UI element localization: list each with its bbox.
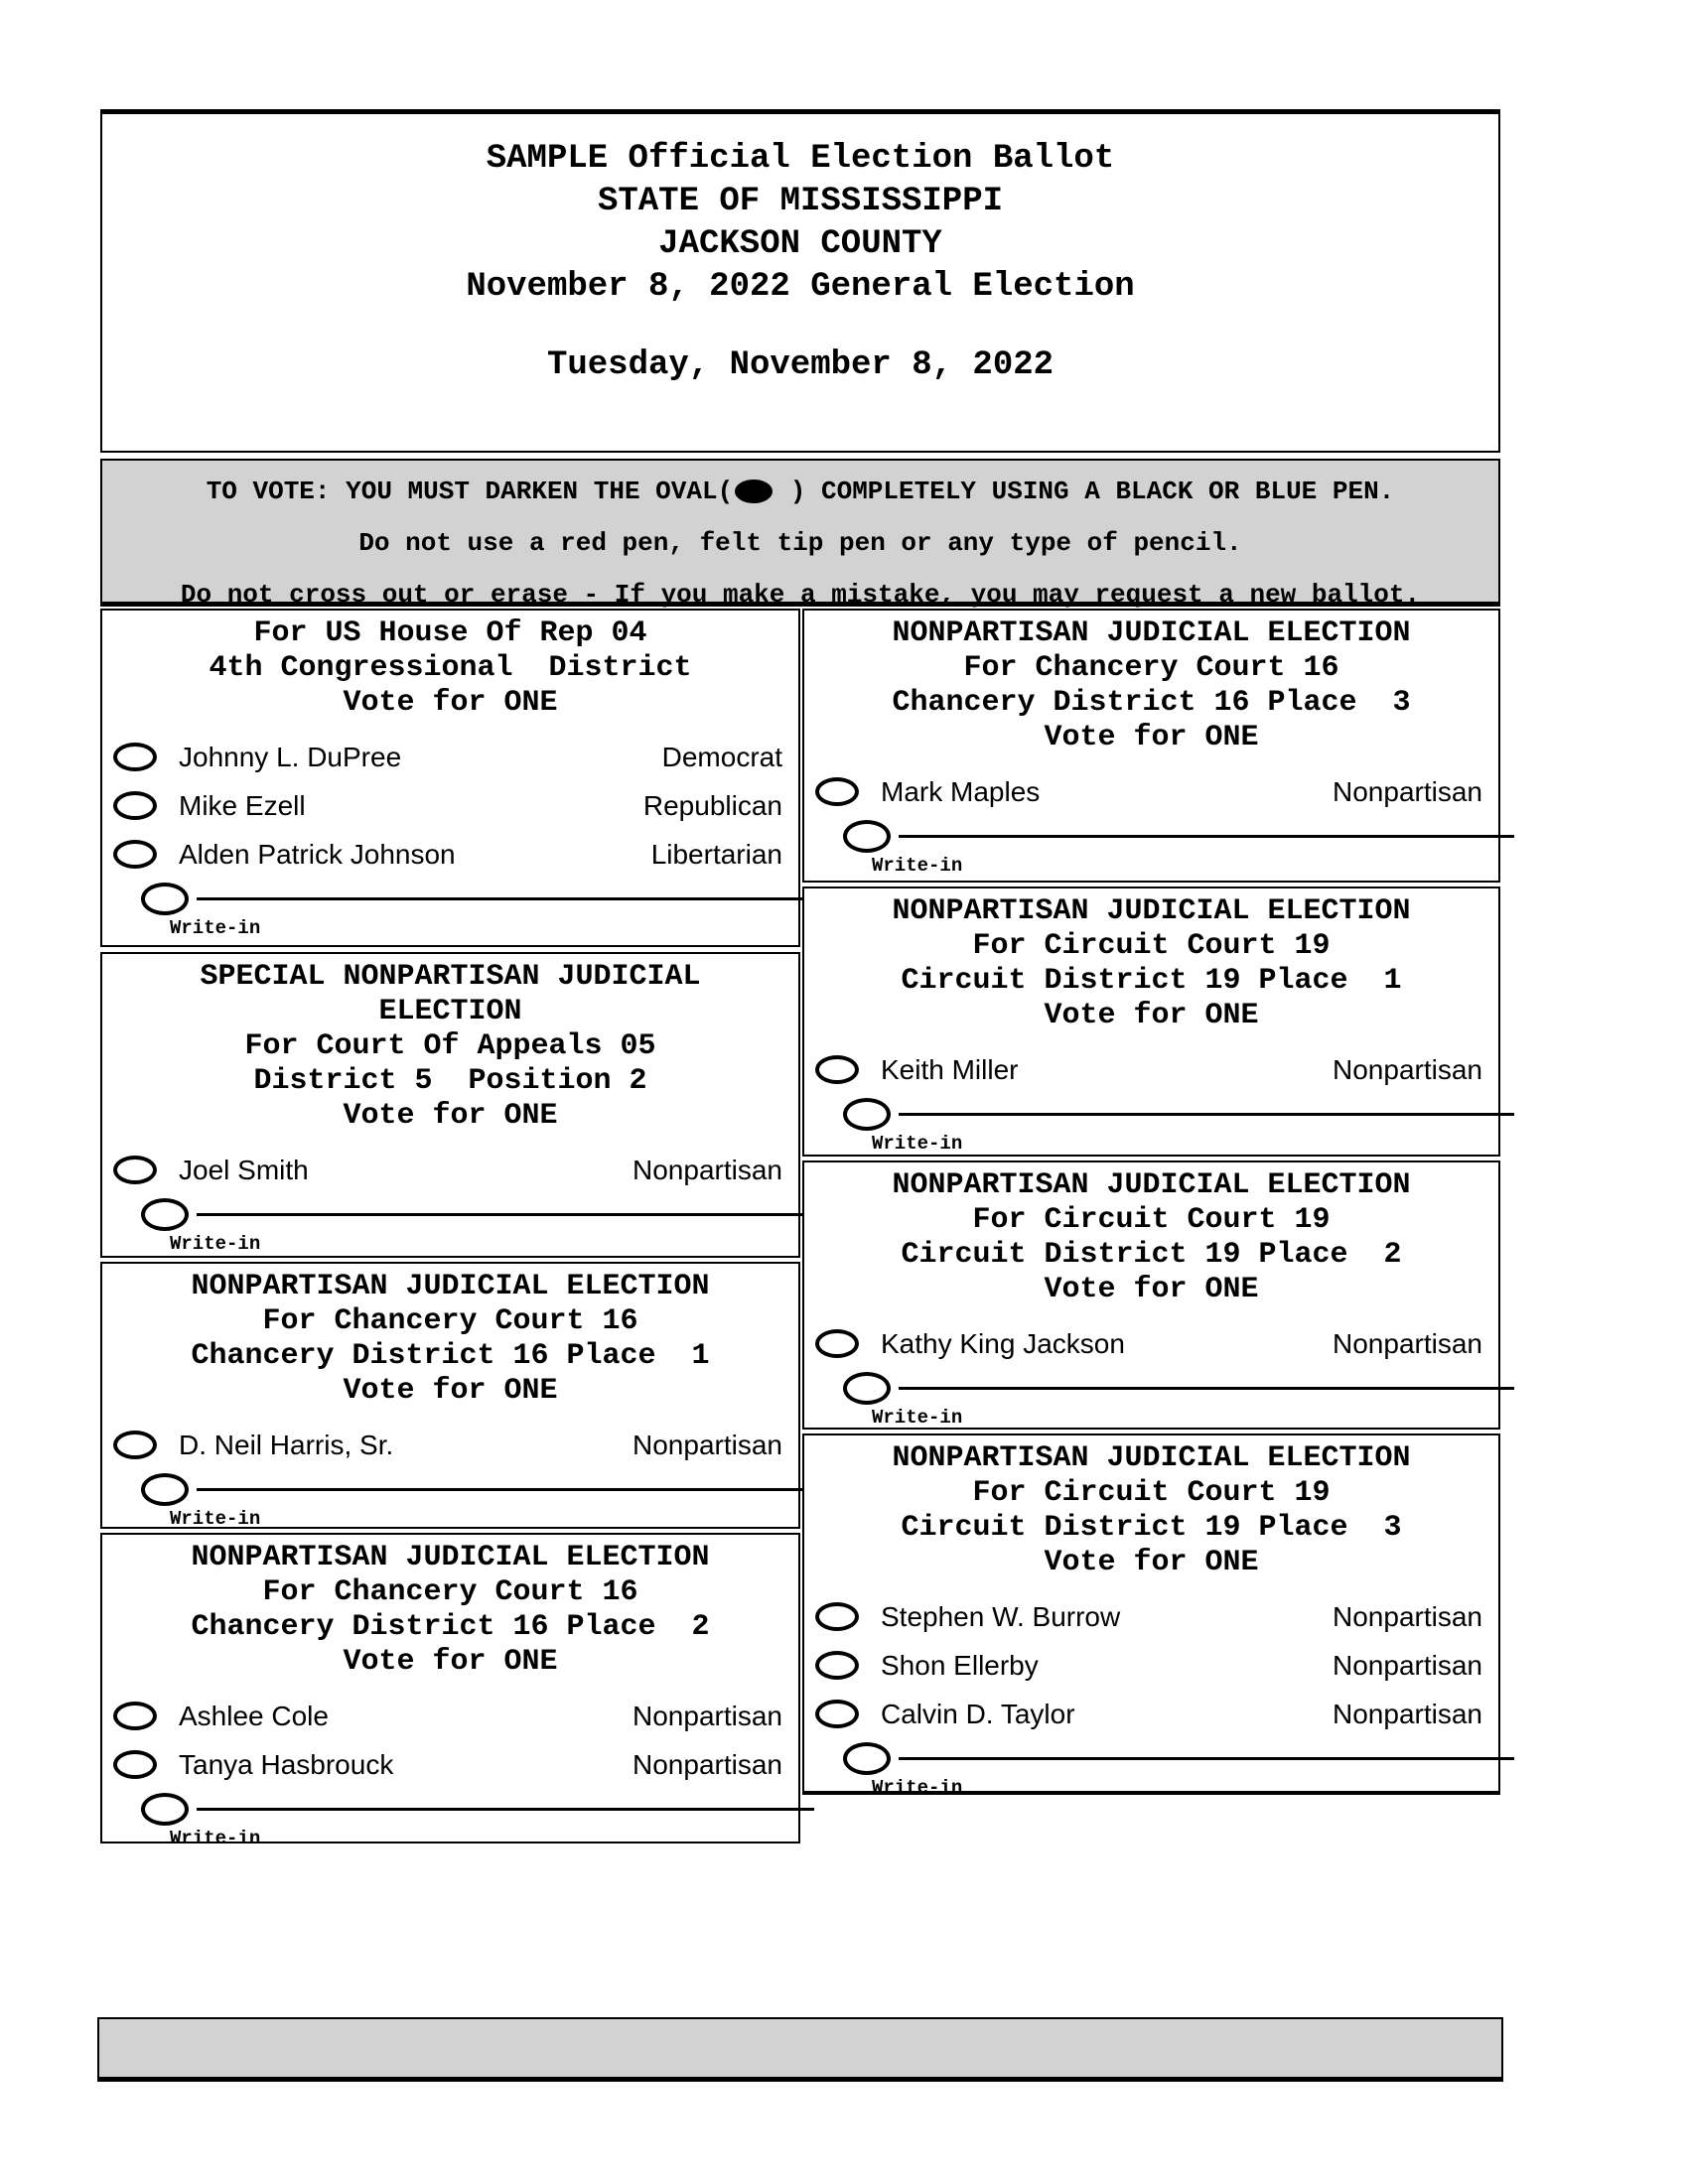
contest-title-line: District 5 Position 2 <box>102 1064 798 1099</box>
write-in-section: Write-in <box>102 881 798 939</box>
candidate-name: Tanya Hasbrouck <box>179 1749 393 1781</box>
contest-title-line: Circuit District 19 Place 3 <box>804 1511 1498 1546</box>
candidate-party: Nonpartisan <box>1333 1699 1482 1730</box>
contest-title-line: ELECTION <box>102 995 798 1029</box>
contest-title: NONPARTISAN JUDICIAL ELECTION For Circui… <box>804 894 1498 1033</box>
ballot-page: SAMPLE Official Election Ballot STATE OF… <box>0 0 1688 2184</box>
contest-title-line: Vote for ONE <box>804 999 1498 1033</box>
candidate-row: Shon Ellerby Nonpartisan <box>804 1641 1498 1690</box>
contest-title: SPECIAL NONPARTISAN JUDICIAL ELECTION Fo… <box>102 960 798 1134</box>
write-in-oval[interactable] <box>141 1793 189 1826</box>
instruction-text-after-oval: ) COMPLETELY USING A BLACK OR BLUE PEN. <box>774 477 1394 506</box>
write-in-line[interactable] <box>197 1808 814 1811</box>
ballot-oval[interactable] <box>815 1651 859 1680</box>
contest-title-line: Circuit District 19 Place 2 <box>804 1238 1498 1273</box>
write-in-line[interactable] <box>197 1213 814 1216</box>
candidate-name: Mike Ezell <box>179 790 306 822</box>
write-in-oval[interactable] <box>843 820 891 853</box>
candidate-list: Kathy King Jackson Nonpartisan <box>804 1319 1498 1368</box>
write-in-oval[interactable] <box>141 1198 189 1231</box>
candidate-name: D. Neil Harris, Sr. <box>179 1430 393 1461</box>
write-in-row <box>804 1096 1498 1132</box>
contest-title-line: Vote for ONE <box>102 1645 798 1680</box>
write-in-oval[interactable] <box>843 1098 891 1131</box>
contest-title-line: For Chancery Court 16 <box>804 651 1498 686</box>
write-in-line[interactable] <box>197 1488 814 1491</box>
candidate-name: Joel Smith <box>179 1155 309 1186</box>
candidate-name: Shon Ellerby <box>881 1650 1039 1682</box>
write-in-section: Write-in <box>804 818 1498 877</box>
contest-title: For US House Of Rep 04 4th Congressional… <box>102 616 798 721</box>
contest-title: NONPARTISAN JUDICIAL ELECTION For Circui… <box>804 1168 1498 1307</box>
ballot-county: JACKSON COUNTY <box>102 223 1498 266</box>
contest-title-line: NONPARTISAN JUDICIAL ELECTION <box>804 894 1498 929</box>
candidate-row: Mike Ezell Republican <box>102 781 798 830</box>
write-in-label: Write-in <box>872 855 1498 877</box>
write-in-label: Write-in <box>170 1828 798 1849</box>
contest-title-line: Vote for ONE <box>102 686 798 721</box>
instruction-text-before-oval: TO VOTE: YOU MUST DARKEN THE OVAL( <box>207 477 734 506</box>
ballot-oval[interactable] <box>113 1702 157 1730</box>
contest-title: NONPARTISAN JUDICIAL ELECTION For Circui… <box>804 1441 1498 1580</box>
instruction-line-2: Do not use a red pen, felt tip pen or an… <box>102 517 1498 569</box>
contest-chancery-16-place-3: NONPARTISAN JUDICIAL ELECTION For Chance… <box>802 609 1500 883</box>
write-in-label: Write-in <box>872 1407 1498 1429</box>
ballot-oval[interactable] <box>113 791 157 820</box>
candidate-row: Johnny L. DuPree Democrat <box>102 733 798 781</box>
candidate-list: Mark Maples Nonpartisan <box>804 767 1498 816</box>
contest-us-house-04: For US House Of Rep 04 4th Congressional… <box>100 609 800 947</box>
ballot-oval[interactable] <box>113 1750 157 1779</box>
candidate-party: Republican <box>643 790 782 822</box>
candidate-party: Nonpartisan <box>1333 1054 1482 1086</box>
candidate-name: Keith Miller <box>881 1054 1018 1086</box>
write-in-line[interactable] <box>197 897 814 900</box>
candidate-party: Nonpartisan <box>1333 776 1482 808</box>
ballot-oval[interactable] <box>113 1156 157 1184</box>
ballot-oval[interactable] <box>113 840 157 869</box>
candidate-row: Joel Smith Nonpartisan <box>102 1146 798 1194</box>
candidate-row: Alden Patrick Johnson Libertarian <box>102 830 798 879</box>
ballot-title: SAMPLE Official Election Ballot <box>102 138 1498 181</box>
write-in-section: Write-in <box>102 1471 798 1530</box>
instruction-line-1: TO VOTE: YOU MUST DARKEN THE OVAL( ) COM… <box>102 466 1498 517</box>
ballot-header: SAMPLE Official Election Ballot STATE OF… <box>100 109 1500 453</box>
candidate-name: Alden Patrick Johnson <box>179 839 456 871</box>
contest-title-line: For Chancery Court 16 <box>102 1575 798 1610</box>
contest-circuit-19-place-1: NONPARTISAN JUDICIAL ELECTION For Circui… <box>802 887 1500 1157</box>
candidate-list: D. Neil Harris, Sr. Nonpartisan <box>102 1421 798 1469</box>
write-in-row <box>102 1196 798 1232</box>
contest-title-line: SPECIAL NONPARTISAN JUDICIAL <box>102 960 798 995</box>
contest-circuit-19-place-3: NONPARTISAN JUDICIAL ELECTION For Circui… <box>802 1433 1500 1795</box>
contest-title-line: Vote for ONE <box>804 1273 1498 1307</box>
write-in-label: Write-in <box>170 1508 798 1530</box>
write-in-row <box>804 1740 1498 1776</box>
contest-title-line: Chancery District 16 Place 3 <box>804 686 1498 721</box>
write-in-row <box>804 1370 1498 1406</box>
contest-title-line: For US House Of Rep 04 <box>102 616 798 651</box>
contest-court-of-appeals-05: SPECIAL NONPARTISAN JUDICIAL ELECTION Fo… <box>100 952 800 1258</box>
candidate-row: Stephen W. Burrow Nonpartisan <box>804 1592 1498 1641</box>
candidate-name: Mark Maples <box>881 776 1040 808</box>
candidate-name: Calvin D. Taylor <box>881 1699 1075 1730</box>
contest-title-line: For Circuit Court 19 <box>804 1203 1498 1238</box>
write-in-oval[interactable] <box>141 883 189 915</box>
contest-title-line: Chancery District 16 Place 1 <box>102 1339 798 1374</box>
contest-title: NONPARTISAN JUDICIAL ELECTION For Chance… <box>102 1541 798 1680</box>
ballot-oval[interactable] <box>815 777 859 806</box>
write-in-oval[interactable] <box>843 1372 891 1405</box>
write-in-oval[interactable] <box>843 1742 891 1775</box>
candidate-party: Nonpartisan <box>633 1430 782 1461</box>
candidate-party: Nonpartisan <box>1333 1650 1482 1682</box>
ballot-election-name: November 8, 2022 General Election <box>102 266 1498 309</box>
contest-title-line: Circuit District 19 Place 1 <box>804 964 1498 999</box>
ballot-oval[interactable] <box>113 743 157 771</box>
ballot-oval[interactable] <box>815 1055 859 1084</box>
candidate-row: Mark Maples Nonpartisan <box>804 767 1498 816</box>
write-in-label: Write-in <box>872 1777 1498 1799</box>
candidate-list: Ashlee Cole Nonpartisan Tanya Hasbrouck … <box>102 1692 798 1789</box>
contest-title-line: For Circuit Court 19 <box>804 929 1498 964</box>
contest-chancery-16-place-2: NONPARTISAN JUDICIAL ELECTION For Chance… <box>100 1533 800 1843</box>
contest-title: NONPARTISAN JUDICIAL ELECTION For Chance… <box>102 1270 798 1409</box>
candidate-name: Kathy King Jackson <box>881 1328 1125 1360</box>
write-in-oval[interactable] <box>141 1473 189 1506</box>
candidate-party: Nonpartisan <box>1333 1601 1482 1633</box>
candidate-name: Stephen W. Burrow <box>881 1601 1120 1633</box>
contest-title-line: Chancery District 16 Place 2 <box>102 1610 798 1645</box>
write-in-section: Write-in <box>804 1096 1498 1155</box>
candidate-row: D. Neil Harris, Sr. Nonpartisan <box>102 1421 798 1469</box>
contest-title-line: Vote for ONE <box>804 721 1498 755</box>
write-in-section: Write-in <box>102 1196 798 1255</box>
bottom-gray-bar <box>97 2017 1503 2082</box>
voting-instructions: TO VOTE: YOU MUST DARKEN THE OVAL( ) COM… <box>100 459 1500 607</box>
write-in-label: Write-in <box>872 1133 1498 1155</box>
write-in-line[interactable] <box>899 835 1514 838</box>
write-in-row <box>804 818 1498 854</box>
contest-title-line: Vote for ONE <box>102 1374 798 1409</box>
candidate-party: Libertarian <box>651 839 782 871</box>
write-in-section: Write-in <box>102 1791 798 1849</box>
contest-title: NONPARTISAN JUDICIAL ELECTION For Chance… <box>804 616 1498 755</box>
write-in-line[interactable] <box>899 1113 1514 1116</box>
contest-title-line: Vote for ONE <box>804 1546 1498 1580</box>
write-in-line[interactable] <box>899 1387 1514 1390</box>
candidate-party: Nonpartisan <box>633 1155 782 1186</box>
write-in-line[interactable] <box>899 1757 1514 1760</box>
candidate-list: Joel Smith Nonpartisan <box>102 1146 798 1194</box>
contest-title-line: For Court Of Appeals 05 <box>102 1029 798 1064</box>
write-in-label: Write-in <box>170 917 798 939</box>
ballot-election-date: Tuesday, November 8, 2022 <box>102 344 1498 387</box>
candidate-party: Nonpartisan <box>633 1701 782 1732</box>
candidate-party: Democrat <box>662 742 782 773</box>
contest-title-line: Vote for ONE <box>102 1099 798 1134</box>
candidate-list: Stephen W. Burrow Nonpartisan Shon Eller… <box>804 1592 1498 1738</box>
write-in-row <box>102 881 798 916</box>
contest-title-line: 4th Congressional District <box>102 651 798 686</box>
write-in-section: Write-in <box>804 1370 1498 1429</box>
write-in-row <box>102 1791 798 1827</box>
candidate-row: Kathy King Jackson Nonpartisan <box>804 1319 1498 1368</box>
candidate-name: Johnny L. DuPree <box>179 742 401 773</box>
write-in-label: Write-in <box>170 1233 798 1255</box>
candidate-party: Nonpartisan <box>633 1749 782 1781</box>
candidate-row: Keith Miller Nonpartisan <box>804 1045 1498 1094</box>
contest-title-line: For Chancery Court 16 <box>102 1304 798 1339</box>
candidate-name: Ashlee Cole <box>179 1701 329 1732</box>
ballot-oval[interactable] <box>815 1329 859 1358</box>
ballot-oval[interactable] <box>815 1700 859 1728</box>
contest-chancery-16-place-1: NONPARTISAN JUDICIAL ELECTION For Chance… <box>100 1262 800 1529</box>
candidate-row: Ashlee Cole Nonpartisan <box>102 1692 798 1740</box>
candidate-row: Calvin D. Taylor Nonpartisan <box>804 1690 1498 1738</box>
candidate-list: Keith Miller Nonpartisan <box>804 1045 1498 1094</box>
write-in-row <box>102 1471 798 1507</box>
contest-title-line: NONPARTISAN JUDICIAL ELECTION <box>804 1168 1498 1203</box>
contest-circuit-19-place-2: NONPARTISAN JUDICIAL ELECTION For Circui… <box>802 1160 1500 1430</box>
write-in-section: Write-in <box>804 1740 1498 1799</box>
contest-title-line: NONPARTISAN JUDICIAL ELECTION <box>804 616 1498 651</box>
ballot-oval[interactable] <box>815 1602 859 1631</box>
contest-title-line: NONPARTISAN JUDICIAL ELECTION <box>804 1441 1498 1476</box>
candidate-party: Nonpartisan <box>1333 1328 1482 1360</box>
candidate-row: Tanya Hasbrouck Nonpartisan <box>102 1740 798 1789</box>
filled-oval-icon <box>735 479 773 503</box>
contest-title-line: NONPARTISAN JUDICIAL ELECTION <box>102 1270 798 1304</box>
contest-title-line: For Circuit Court 19 <box>804 1476 1498 1511</box>
candidate-list: Johnny L. DuPree Democrat Mike Ezell Rep… <box>102 733 798 879</box>
ballot-state: STATE OF MISSISSIPPI <box>102 181 1498 223</box>
ballot-oval[interactable] <box>113 1431 157 1459</box>
contest-title-line: NONPARTISAN JUDICIAL ELECTION <box>102 1541 798 1575</box>
